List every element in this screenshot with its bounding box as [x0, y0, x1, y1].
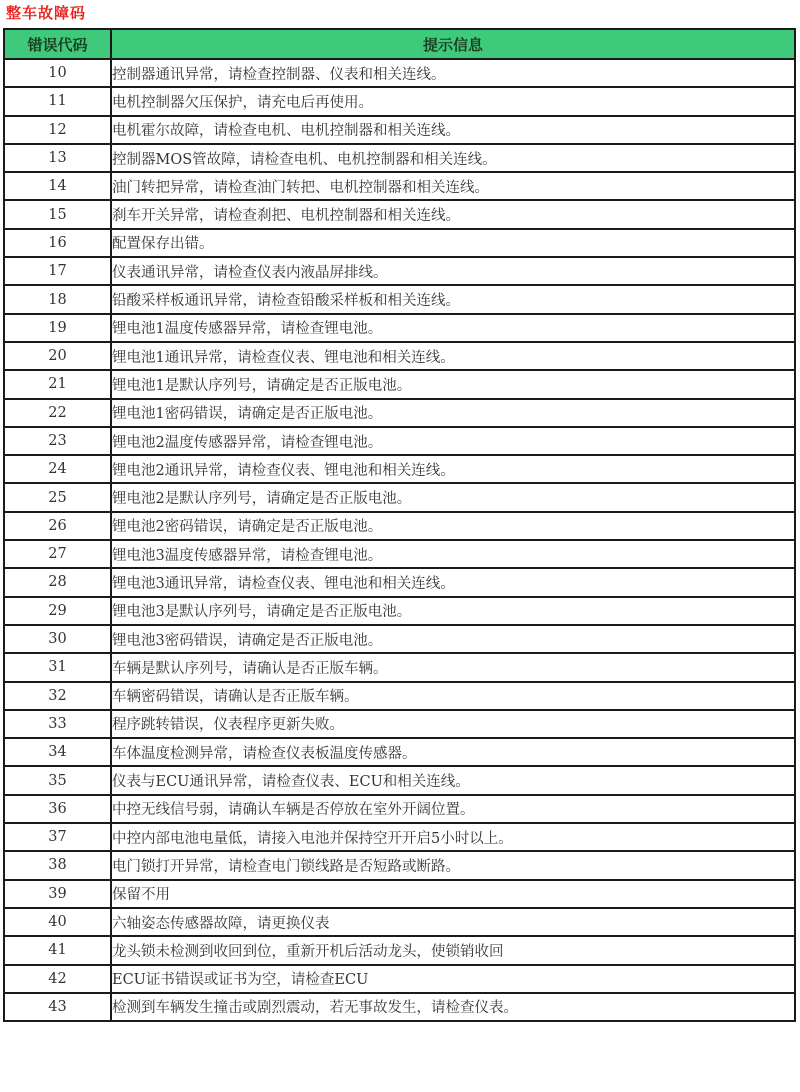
error-code-cell: 40: [4, 908, 111, 936]
table-row: 43检测到车辆发生撞击或剧烈震动，若无事故发生，请检查仪表。: [4, 993, 795, 1021]
error-code-cell: 20: [4, 342, 111, 370]
table-row: 10控制器通讯异常，请检查控制器、仪表和相关连线。: [4, 59, 795, 87]
table-row: 32车辆密码错误，请确认是否正版车辆。: [4, 682, 795, 710]
table-row: 24锂电池2通讯异常，请检查仪表、锂电池和相关连线。: [4, 455, 795, 483]
message-cell: 铅酸采样板通讯异常，请检查铅酸采样板和相关连线。: [111, 285, 795, 313]
message-cell: 保留不用: [111, 880, 795, 908]
table-row: 40六轴姿态传感器故障，请更换仪表: [4, 908, 795, 936]
message-cell: 电机控制器欠压保护，请充电后再使用。: [111, 87, 795, 115]
error-code-cell: 27: [4, 540, 111, 568]
table-row: 33程序跳转错误，仪表程序更新失败。: [4, 710, 795, 738]
message-cell: 锂电池1是默认序列号，请确定是否正版电池。: [111, 370, 795, 398]
message-cell: 锂电池3是默认序列号，请确定是否正版电池。: [111, 597, 795, 625]
error-code-cell: 41: [4, 936, 111, 964]
message-cell: 仪表与ECU通讯异常，请检查仪表、ECU和相关连线。: [111, 766, 795, 794]
message-cell: 电机霍尔故障，请检查电机、电机控制器和相关连线。: [111, 116, 795, 144]
error-code-cell: 25: [4, 483, 111, 511]
table-row: 16配置保存出错。: [4, 229, 795, 257]
table-row: 13控制器MOS管故障，请检查电机、电机控制器和相关连线。: [4, 144, 795, 172]
error-code-cell: 33: [4, 710, 111, 738]
error-code-cell: 35: [4, 766, 111, 794]
error-code-cell: 16: [4, 229, 111, 257]
message-cell: 控制器通讯异常，请检查控制器、仪表和相关连线。: [111, 59, 795, 87]
message-cell: 检测到车辆发生撞击或剧烈震动，若无事故发生，请检查仪表。: [111, 993, 795, 1021]
table-row: 14油门转把异常，请检查油门转把、电机控制器和相关连线。: [4, 172, 795, 200]
message-cell: 锂电池1密码错误，请确定是否正版电池。: [111, 399, 795, 427]
error-code-cell: 31: [4, 653, 111, 681]
table-row: 15刹车开关异常，请检查刹把、电机控制器和相关连线。: [4, 200, 795, 228]
table-row: 22锂电池1密码错误，请确定是否正版电池。: [4, 399, 795, 427]
message-cell: 中控无线信号弱，请确认车辆是否停放在室外开阔位置。: [111, 795, 795, 823]
table-row: 11电机控制器欠压保护，请充电后再使用。: [4, 87, 795, 115]
message-cell: 仪表通讯异常，请检查仪表内液晶屏排线。: [111, 257, 795, 285]
table-row: 21锂电池1是默认序列号，请确定是否正版电池。: [4, 370, 795, 398]
error-code-cell: 12: [4, 116, 111, 144]
table-body: 10控制器通讯异常，请检查控制器、仪表和相关连线。11电机控制器欠压保护，请充电…: [4, 59, 795, 1021]
table-row: 17仪表通讯异常，请检查仪表内液晶屏排线。: [4, 257, 795, 285]
message-cell: 龙头锁未检测到收回到位，重新开机后活动龙头，使锁销收回: [111, 936, 795, 964]
table-row: 30锂电池3密码错误，请确定是否正版电池。: [4, 625, 795, 653]
table-row: 20锂电池1通讯异常，请检查仪表、锂电池和相关连线。: [4, 342, 795, 370]
error-code-cell: 17: [4, 257, 111, 285]
error-code-cell: 10: [4, 59, 111, 87]
table-header-row: 错误代码 提示信息: [4, 29, 795, 59]
error-code-cell: 36: [4, 795, 111, 823]
error-code-cell: 34: [4, 738, 111, 766]
table-row: 12电机霍尔故障，请检查电机、电机控制器和相关连线。: [4, 116, 795, 144]
message-cell: 锂电池2通讯异常，请检查仪表、锂电池和相关连线。: [111, 455, 795, 483]
table-row: 38电门锁打开异常，请检查电门锁线路是否短路或断路。: [4, 851, 795, 879]
message-cell: 配置保存出错。: [111, 229, 795, 257]
error-code-cell: 11: [4, 87, 111, 115]
error-code-cell: 23: [4, 427, 111, 455]
table-row: 41龙头锁未检测到收回到位，重新开机后活动龙头，使锁销收回: [4, 936, 795, 964]
table-row: 26锂电池2密码错误，请确定是否正版电池。: [4, 512, 795, 540]
table-row: 28锂电池3通讯异常，请检查仪表、锂电池和相关连线。: [4, 568, 795, 596]
table-row: 37中控内部电池电量低，请接入电池并保持空开开启5小时以上。: [4, 823, 795, 851]
table-row: 42ECU证书错误或证书为空，请检查ECU: [4, 965, 795, 993]
message-cell: 锂电池3通讯异常，请检查仪表、锂电池和相关连线。: [111, 568, 795, 596]
error-code-cell: 19: [4, 314, 111, 342]
message-cell: 电门锁打开异常，请检查电门锁线路是否短路或断路。: [111, 851, 795, 879]
message-cell: 车辆密码错误，请确认是否正版车辆。: [111, 682, 795, 710]
message-cell: 程序跳转错误，仪表程序更新失败。: [111, 710, 795, 738]
message-cell: 刹车开关异常，请检查刹把、电机控制器和相关连线。: [111, 200, 795, 228]
message-cell: 锂电池2温度传感器异常，请检查锂电池。: [111, 427, 795, 455]
error-code-cell: 26: [4, 512, 111, 540]
message-cell: 中控内部电池电量低，请接入电池并保持空开开启5小时以上。: [111, 823, 795, 851]
message-cell: 锂电池1温度传感器异常，请检查锂电池。: [111, 314, 795, 342]
error-code-cell: 18: [4, 285, 111, 313]
error-code-cell: 13: [4, 144, 111, 172]
table-row: 18铅酸采样板通讯异常，请检查铅酸采样板和相关连线。: [4, 285, 795, 313]
message-cell: 锂电池1通讯异常，请检查仪表、锂电池和相关连线。: [111, 342, 795, 370]
error-code-cell: 30: [4, 625, 111, 653]
message-cell: 车体温度检测异常，请检查仪表板温度传感器。: [111, 738, 795, 766]
error-code-cell: 42: [4, 965, 111, 993]
error-code-cell: 28: [4, 568, 111, 596]
error-code-cell: 39: [4, 880, 111, 908]
table-row: 36中控无线信号弱，请确认车辆是否停放在室外开阔位置。: [4, 795, 795, 823]
error-code-cell: 21: [4, 370, 111, 398]
error-code-cell: 22: [4, 399, 111, 427]
table-row: 25锂电池2是默认序列号，请确定是否正版电池。: [4, 483, 795, 511]
message-cell: 锂电池2密码错误，请确定是否正版电池。: [111, 512, 795, 540]
error-code-cell: 14: [4, 172, 111, 200]
table-row: 31车辆是默认序列号，请确认是否正版车辆。: [4, 653, 795, 681]
error-code-cell: 37: [4, 823, 111, 851]
error-code-cell: 29: [4, 597, 111, 625]
error-code-cell: 43: [4, 993, 111, 1021]
message-cell: ECU证书错误或证书为空，请检查ECU: [111, 965, 795, 993]
error-code-cell: 38: [4, 851, 111, 879]
table-row: 23锂电池2温度传感器异常，请检查锂电池。: [4, 427, 795, 455]
error-code-cell: 15: [4, 200, 111, 228]
message-cell: 锂电池3温度传感器异常，请检查锂电池。: [111, 540, 795, 568]
table-row: 34车体温度检测异常，请检查仪表板温度传感器。: [4, 738, 795, 766]
error-code-cell: 24: [4, 455, 111, 483]
message-cell: 控制器MOS管故障，请检查电机、电机控制器和相关连线。: [111, 144, 795, 172]
document-title: 整车故障码: [6, 2, 86, 23]
column-header-code: 错误代码: [4, 29, 111, 59]
message-cell: 六轴姿态传感器故障，请更换仪表: [111, 908, 795, 936]
error-code-cell: 32: [4, 682, 111, 710]
table-row: 27锂电池3温度传感器异常，请检查锂电池。: [4, 540, 795, 568]
table-row: 35仪表与ECU通讯异常，请检查仪表、ECU和相关连线。: [4, 766, 795, 794]
table-row: 19锂电池1温度传感器异常，请检查锂电池。: [4, 314, 795, 342]
message-cell: 锂电池2是默认序列号，请确定是否正版电池。: [111, 483, 795, 511]
table-row: 29锂电池3是默认序列号，请确定是否正版电池。: [4, 597, 795, 625]
message-cell: 油门转把异常，请检查油门转把、电机控制器和相关连线。: [111, 172, 795, 200]
message-cell: 锂电池3密码错误，请确定是否正版电池。: [111, 625, 795, 653]
fault-code-table: 错误代码 提示信息 10控制器通讯异常，请检查控制器、仪表和相关连线。11电机控…: [3, 28, 796, 1022]
column-header-message: 提示信息: [111, 29, 795, 59]
table-row: 39保留不用: [4, 880, 795, 908]
message-cell: 车辆是默认序列号，请确认是否正版车辆。: [111, 653, 795, 681]
